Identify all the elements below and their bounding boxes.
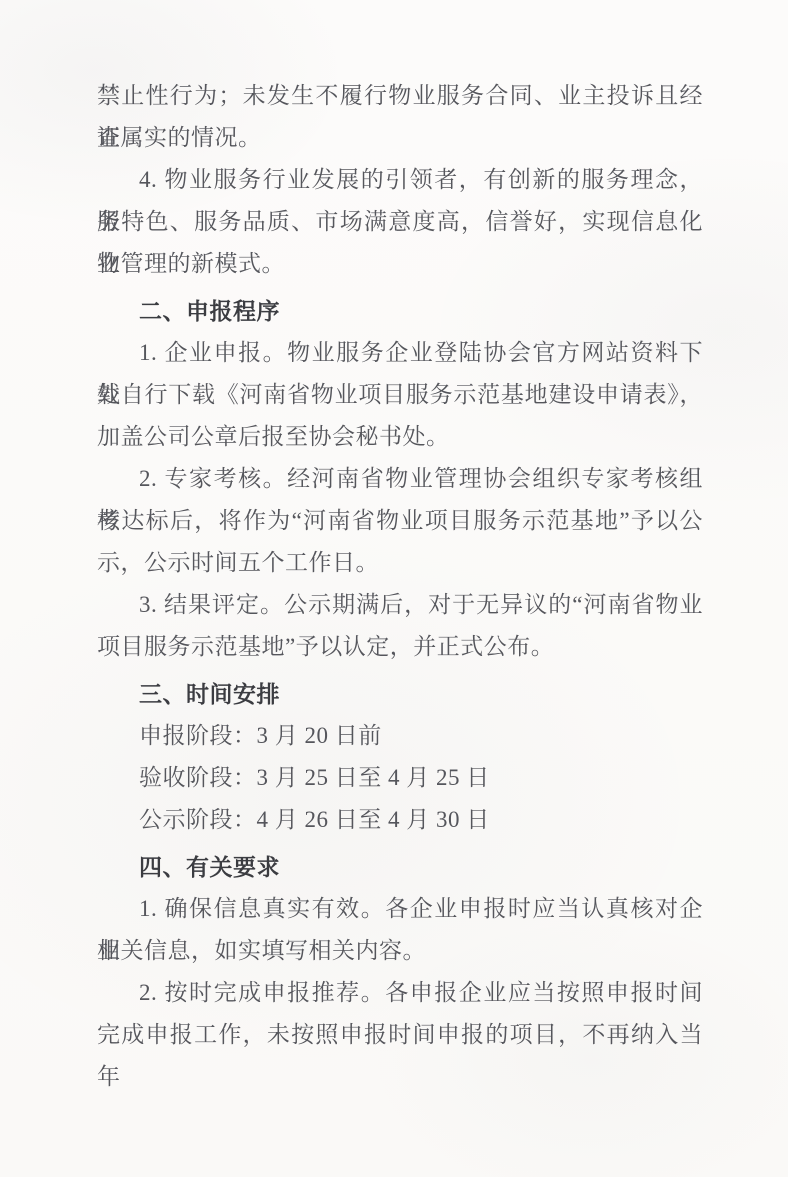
text-line: 4. 物业服务行业发展的引领者，有创新的服务理念，服 — [97, 159, 703, 201]
text-line: 示，公示时间五个工作日。 — [97, 542, 703, 584]
text-line: 项目服务示范基地”予以认定，并正式公布。 — [97, 626, 703, 668]
text-line: 1. 确保信息真实有效。各企业申报时应当认真核对企业 — [97, 888, 703, 930]
text-line: 公示阶段：4 月 26 日至 4 月 30 日 — [97, 799, 703, 841]
text-line: 3. 结果评定。公示期满后，对于无异议的“河南省物业 — [97, 584, 703, 626]
text-line: 完成申报工作，未按照申报时间申报的项目，不再纳入当年 — [97, 1014, 703, 1056]
document-page: 禁止性行为；未发生不履行物业服务合同、业主投诉且经查证属实的情况。4. 物业服务… — [0, 0, 788, 1177]
text-line: 1. 企业申报。物业服务企业登陆协会官方网站资料下载 — [97, 332, 703, 374]
text-line: 验收阶段：3 月 25 日至 4 月 25 日 — [97, 757, 703, 799]
text-line: 2. 专家考核。经河南省物业管理协会组织专家考核组考 — [97, 458, 703, 500]
text-line: 加盖公司公章后报至协会秘书处。 — [97, 416, 703, 458]
text-line: 务特色、服务品质、市场满意度高，信誉好，实现信息化物 — [97, 201, 703, 243]
text-line: 申报阶段：3 月 20 日前 — [97, 715, 703, 757]
section-heading: 三、时间安排 — [97, 673, 703, 715]
text-line: 业管理的新模式。 — [97, 243, 703, 285]
text-line: 处自行下载《河南省物业项目服务示范基地建设申请表》， — [97, 374, 703, 416]
document-text: 禁止性行为；未发生不履行物业服务合同、业主投诉且经查证属实的情况。4. 物业服务… — [97, 75, 703, 1056]
text-line: 2. 按时完成申报推荐。各申报企业应当按照申报时间 — [97, 972, 703, 1014]
section-heading: 二、申报程序 — [97, 290, 703, 332]
text-line: 证属实的情况。 — [97, 117, 703, 159]
section-heading: 四、有关要求 — [97, 846, 703, 888]
text-line: 相关信息，如实填写相关内容。 — [97, 930, 703, 972]
text-line: 禁止性行为；未发生不履行物业服务合同、业主投诉且经查 — [97, 75, 703, 117]
text-line: 核达标后，将作为“河南省物业项目服务示范基地”予以公 — [97, 500, 703, 542]
